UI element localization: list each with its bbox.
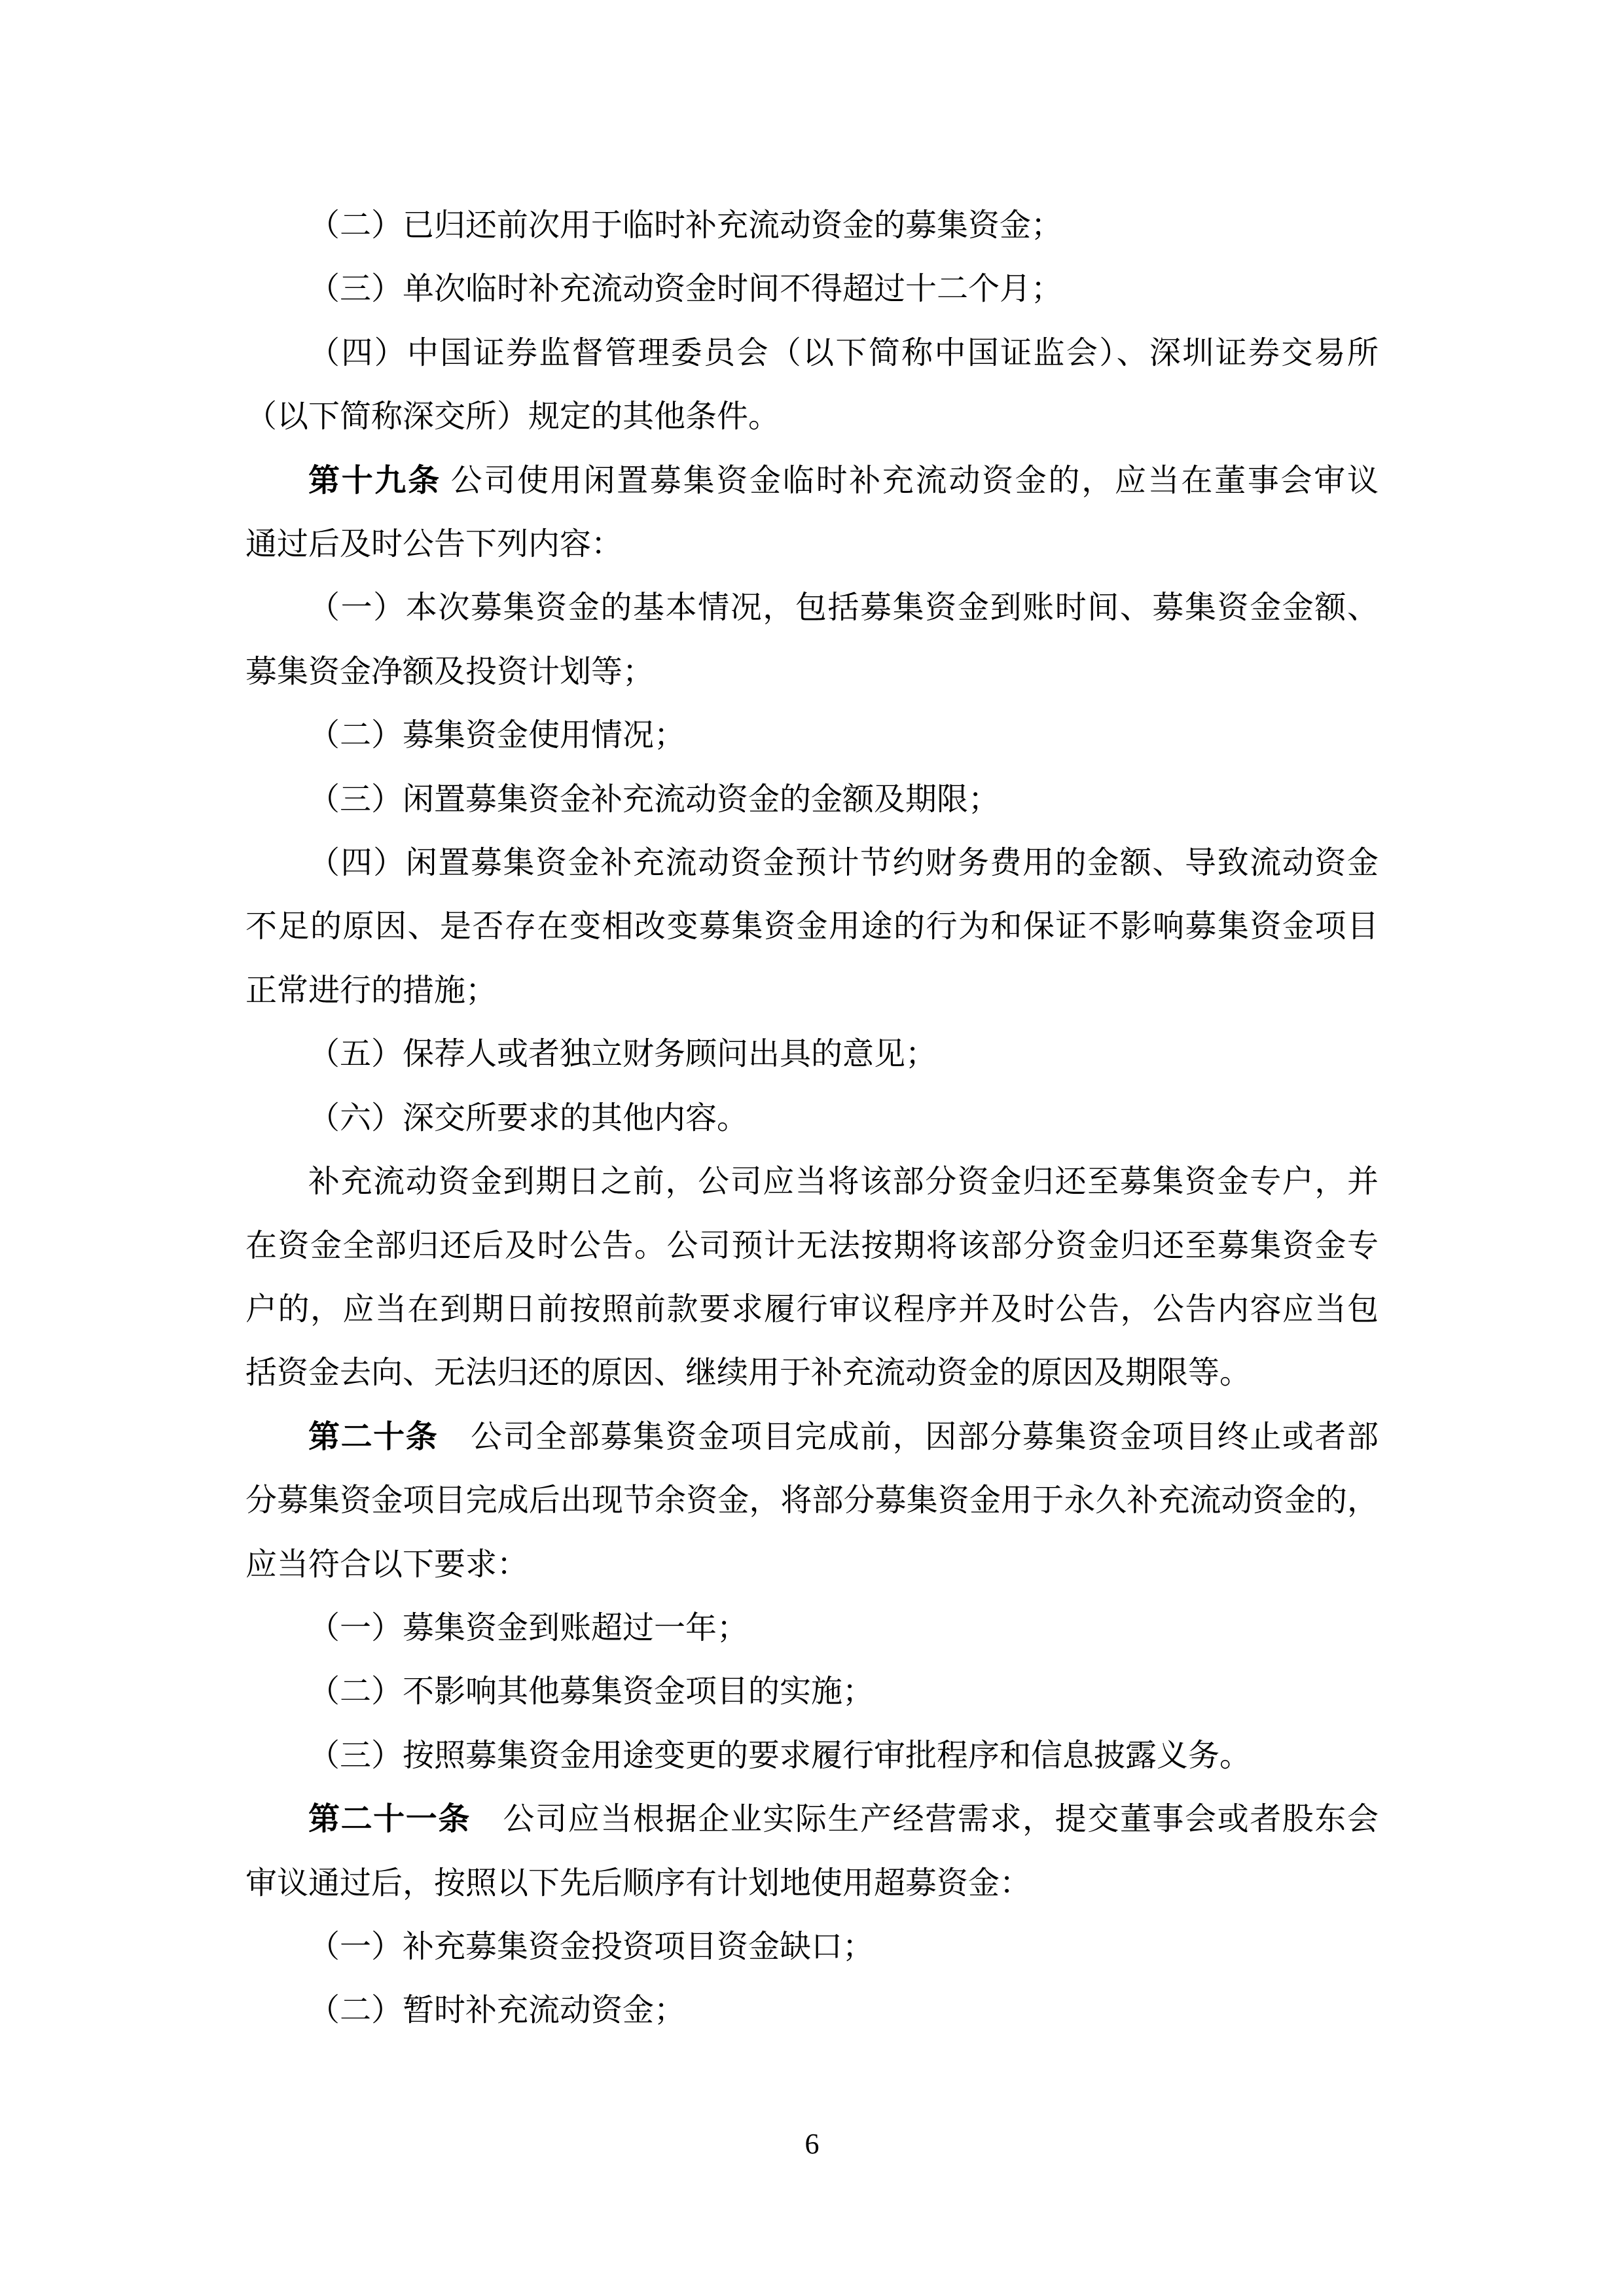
line-text: 户的，应当在到期日前按照前款要求履行审议程序并及时公告，公告内容应当包	[245, 1292, 1379, 1327]
text-line: （一）本次募集资金的基本情况，包括募集资金到账时间、募集资金金额、	[245, 576, 1379, 639]
line-text: （三）按照募集资金用途变更的要求履行审批程序和信息披露义务。	[308, 1738, 1251, 1773]
text-line: （一）补充募集资金投资项目资金缺口；	[245, 1915, 1379, 1979]
text-line: 户的，应当在到期日前按照前款要求履行审议程序并及时公告，公告内容应当包	[245, 1278, 1379, 1341]
text-line: 括资金去向、无法归还的原因、继续用于补充流动资金的原因及期限等。	[245, 1341, 1379, 1405]
line-text: 募集资金净额及投资计划等；	[245, 655, 654, 689]
line-text: 括资金去向、无法归还的原因、继续用于补充流动资金的原因及期限等。	[245, 1355, 1251, 1390]
text-line: 正常进行的措施；	[245, 959, 1379, 1022]
line-text: （一）本次募集资金的基本情况，包括募集资金到账时间、募集资金金额、	[308, 590, 1379, 625]
line-text: 分募集资金项目完成后出现节余资金，将部分募集资金用于永久补充流动资金的，	[245, 1483, 1379, 1518]
text-line: 分募集资金项目完成后出现节余资金，将部分募集资金用于永久补充流动资金的，	[245, 1469, 1379, 1532]
line-text: （六）深交所要求的其他内容。	[308, 1101, 748, 1136]
page-number: 6	[0, 2125, 1624, 2164]
text-line: （二）暂时补充流动资金；	[245, 1979, 1379, 2042]
text-line-article-21: 第二十一条 公司应当根据企业实际生产经营需求，提交董事会或者股东会	[245, 1787, 1379, 1851]
text-line: （五）保荐人或者独立财务顾问出具的意见；	[245, 1022, 1379, 1086]
text-line: 补充流动资金到期日之前，公司应当将该部分资金归还至募集资金专户，并	[245, 1150, 1379, 1213]
line-text: 补充流动资金到期日之前，公司应当将该部分资金归还至募集资金专户，并	[308, 1164, 1379, 1199]
document-body: （二）已归还前次用于临时补充流动资金的募集资金； （三）单次临时补充流动资金时间…	[245, 194, 1379, 2043]
line-text: 正常进行的措施；	[245, 973, 497, 1008]
line-text: （四）中国证券监督管理委员会（以下简称中国证监会）、深圳证券交易所	[308, 336, 1379, 370]
text-line: （四）闲置募集资金补充流动资金预计节约财务费用的金额、导致流动资金	[245, 831, 1379, 895]
text-line: 在资金全部归还后及时公告。公司预计无法按期将该部分资金归还至募集资金专	[245, 1214, 1379, 1278]
line-text: （以下简称深交所）规定的其他条件。	[245, 399, 780, 434]
text-line: （以下简称深交所）规定的其他条件。	[245, 385, 1379, 448]
text-line: （二）已归还前次用于临时补充流动资金的募集资金；	[245, 194, 1379, 257]
line-text: （五）保荐人或者独立财务顾问出具的意见；	[308, 1037, 937, 1071]
text-line: （二）不影响其他募集资金项目的实施；	[245, 1660, 1379, 1723]
line-text: 公司应当根据企业实际生产经营需求，提交董事会或者股东会	[471, 1802, 1379, 1837]
line-text: （二）不影响其他募集资金项目的实施；	[308, 1674, 874, 1709]
line-text: （三）单次临时补充流动资金时间不得超过十二个月；	[308, 272, 1062, 306]
text-line: （六）深交所要求的其他内容。	[245, 1086, 1379, 1150]
line-text: 通过后及时公告下列内容：	[245, 527, 623, 562]
text-line: 不足的原因、是否存在变相改变募集资金用途的行为和保证不影响募集资金项目	[245, 895, 1379, 958]
line-text: （三）闲置募集资金补充流动资金的金额及期限；	[308, 782, 1000, 817]
text-line-article-20: 第二十条 公司全部募集资金项目完成前，因部分募集资金项目终止或者部	[245, 1405, 1379, 1469]
text-line: （三）单次临时补充流动资金时间不得超过十二个月；	[245, 257, 1379, 321]
text-line-article-19: 第十九条 公司使用闲置募集资金临时补充流动资金的，应当在董事会审议	[245, 449, 1379, 512]
line-text: （四）闲置募集资金补充流动资金预计节约财务费用的金额、导致流动资金	[308, 846, 1379, 880]
text-line: 应当符合以下要求：	[245, 1533, 1379, 1596]
document-page: （二）已归还前次用于临时补充流动资金的募集资金； （三）单次临时补充流动资金时间…	[0, 0, 1624, 2296]
text-line: （四）中国证券监督管理委员会（以下简称中国证监会）、深圳证券交易所	[245, 321, 1379, 385]
text-line: 审议通过后，按照以下先后顺序有计划地使用超募资金：	[245, 1852, 1379, 1915]
text-line: （二）募集资金使用情况；	[245, 704, 1379, 767]
line-text: （二）募集资金使用情况；	[308, 718, 685, 753]
article-number: 第十九条	[308, 463, 441, 498]
line-text: 应当符合以下要求：	[245, 1547, 528, 1582]
line-text: 在资金全部归还后及时公告。公司预计无法按期将该部分资金归还至募集资金专	[245, 1229, 1379, 1263]
text-line: （一）募集资金到账超过一年；	[245, 1596, 1379, 1660]
line-text: （一）补充募集资金投资项目资金缺口；	[308, 1929, 874, 1964]
text-line: 募集资金净额及投资计划等；	[245, 640, 1379, 704]
line-text: （二）已归还前次用于临时补充流动资金的募集资金；	[308, 208, 1062, 243]
text-line: （三）按照募集资金用途变更的要求履行审批程序和信息披露义务。	[245, 1724, 1379, 1787]
article-number: 第二十条	[308, 1420, 438, 1454]
text-line: 通过后及时公告下列内容：	[245, 512, 1379, 576]
line-text: 审议通过后，按照以下先后顺序有计划地使用超募资金：	[245, 1866, 1031, 1901]
line-text: （二）暂时补充流动资金；	[308, 1993, 685, 2028]
line-text: 公司使用闲置募集资金临时补充流动资金的，应当在董事会审议	[441, 463, 1379, 498]
line-text: 公司全部募集资金项目完成前，因部分募集资金项目终止或者部	[438, 1420, 1379, 1454]
text-line: （三）闲置募集资金补充流动资金的金额及期限；	[245, 768, 1379, 831]
line-text: 不足的原因、是否存在变相改变募集资金用途的行为和保证不影响募集资金项目	[245, 909, 1379, 944]
article-number: 第二十一条	[308, 1802, 471, 1837]
line-text: （一）募集资金到账超过一年；	[308, 1611, 748, 1645]
